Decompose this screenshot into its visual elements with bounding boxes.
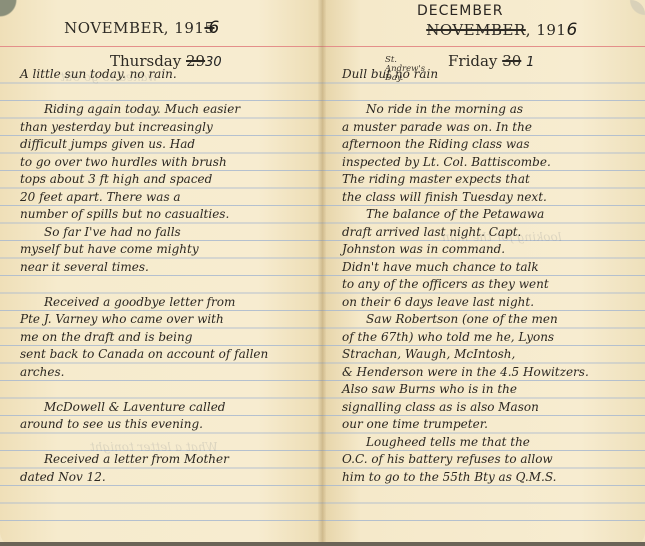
- header-red-rule: [0, 46, 322, 47]
- month-comma: ,: [526, 21, 531, 39]
- book-bottom-edge: [0, 542, 645, 546]
- entry-line: arches.: [0, 364, 322, 382]
- entry-line: on their 6 days leave last night.: [322, 294, 645, 312]
- entry-line: tops about 3 ft high and spaced: [0, 171, 322, 189]
- entry-line: [0, 84, 322, 102]
- entry-line: afternoon the Riding class was: [322, 136, 645, 154]
- entry-line: The balance of the Petawawa: [322, 206, 645, 224]
- year-correction: 6: [566, 20, 577, 40]
- entry-line: the class will finish Tuesday next.: [322, 189, 645, 207]
- entry-line: Riding again today. Much easier: [0, 101, 322, 119]
- entry-line: than yesterday but increasingly: [0, 119, 322, 137]
- entry-line: No ride in the morning as: [322, 101, 645, 119]
- entry-line: 20 feet apart. There was a: [0, 189, 322, 207]
- entry-line: Received a goodbye letter from: [0, 294, 322, 312]
- left-page: NOVEMBER, 19156 Thursday 2930 waked to g…: [0, 0, 322, 546]
- entry-line: me on the draft and is being: [0, 329, 322, 347]
- entry-line: Lougheed tells me that the: [322, 434, 645, 452]
- entry-line: around to see us this evening.: [0, 416, 322, 434]
- right-page-month-header: NOVEMBER, 1916: [382, 20, 622, 40]
- entry-line: & Henderson were in the 4.5 Howitzers.: [322, 364, 645, 382]
- entry-line: [0, 434, 322, 452]
- entry-line: Strachan, Waugh, McIntosh,: [322, 346, 645, 364]
- entry-line: number of spills but no casualties.: [0, 206, 322, 224]
- right-page: DECEMBER NOVEMBER, 1916 St. Andrew's Day…: [322, 0, 645, 546]
- entry-line: a muster parade was on. In the: [322, 119, 645, 137]
- entry-line: dated Nov 12.: [0, 469, 322, 487]
- entry-line: of the 67th) who told me he, Lyons: [322, 329, 645, 347]
- entry-line: to go over two hurdles with brush: [0, 154, 322, 172]
- entry-line: So far I've had no falls: [0, 224, 322, 242]
- entry-line: sent back to Canada on account of fallen: [0, 346, 322, 364]
- year-correction: 6: [208, 18, 219, 38]
- book-gutter: [318, 0, 326, 546]
- left-page-month-header: NOVEMBER, 19156: [22, 18, 262, 38]
- entry-line: Dull but no rain: [322, 66, 645, 84]
- diary-spread: NOVEMBER, 19156 Thursday 2930 waked to g…: [0, 0, 645, 546]
- entry-line: Saw Robertson (one of the men: [322, 311, 645, 329]
- page-corner-shadow: [0, 0, 18, 22]
- entry-line: A little sun today. no rain.: [0, 66, 322, 84]
- entry-line: Also saw Burns who is in the: [322, 381, 645, 399]
- entry-line: [322, 84, 645, 102]
- entry-line: Johnston was in command.: [322, 241, 645, 259]
- entry-line: him to go to the 55th Bty as Q.M.S.: [322, 469, 645, 487]
- entry-line: McDowell & Laventure called: [0, 399, 322, 417]
- entry-line: signalling class as is also Mason: [322, 399, 645, 417]
- entry-line: near it several times.: [0, 259, 322, 277]
- month-label: NOVEMBER,: [64, 19, 169, 37]
- entry-line: [0, 276, 322, 294]
- entry-line: O.C. of his battery refuses to allow: [322, 451, 645, 469]
- entry-line: myself but have come mighty: [0, 241, 322, 259]
- left-page-entry: A little sun today. no rain. Riding agai…: [0, 66, 322, 486]
- right-page-entry: Dull but no rain No ride in the morning …: [322, 66, 645, 486]
- entry-line: Received a letter from Mother: [0, 451, 322, 469]
- year-printed: 191: [536, 21, 566, 39]
- entry-line: Pte J. Varney who came over with: [0, 311, 322, 329]
- entry-line: difficult jumps given us. Had: [0, 136, 322, 154]
- entry-line: to any of the officers as they went: [322, 276, 645, 294]
- header-red-rule: [322, 46, 645, 47]
- entry-line: our one time trumpeter.: [322, 416, 645, 434]
- entry-line: Didn't have much chance to talk: [322, 259, 645, 277]
- entry-line: draft arrived last night. Capt.: [322, 224, 645, 242]
- entry-line: [0, 381, 322, 399]
- year-printed: 191: [174, 19, 204, 37]
- month-correction: DECEMBER: [417, 3, 504, 19]
- page-corner: [629, 0, 645, 18]
- month-printed-struck: NOVEMBER: [426, 21, 526, 39]
- entry-line: inspected by Lt. Col. Battiscombe.: [322, 154, 645, 172]
- entry-line: The riding master expects that: [322, 171, 645, 189]
